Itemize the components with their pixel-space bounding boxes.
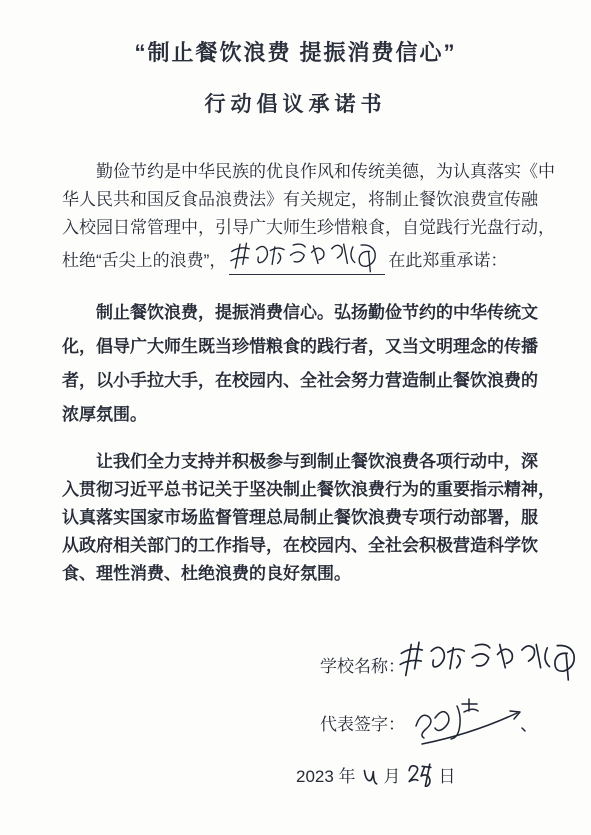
handwriting-scribble — [229, 236, 385, 278]
paragraph-line: 勤俭节约是中华民族的优良作风和传统美德，为认真落实《中 — [62, 158, 536, 186]
paragraph-line: 食、理性消费、杜绝浪费的良好氛围。 — [62, 560, 536, 588]
paragraph-line: 制止餐饮浪费，提振消费信心。弘扬勤俭节约的中华传统文 — [62, 296, 536, 330]
paragraph-line: 者，以小手拉大手，在校园内、全社会努力营造制止餐饮浪费的 — [62, 364, 536, 398]
paragraph-line: 华人民共和国反食品浪费法》有关规定，将制止餐饮浪费宣传融 — [62, 186, 536, 214]
school-name-label: 学校名称： — [320, 652, 405, 677]
handwriting-day-numeral — [407, 763, 433, 787]
scanned-pledge-document: “制止餐饮浪费 提振消费信心” 行动倡议承诺书 勤俭节约是中华民族的优良作风和传… — [0, 0, 591, 835]
handwriting-month-numeral — [362, 765, 378, 785]
handwritten-school-name-inline — [229, 244, 385, 275]
paragraph-line: 从政府相关部门的工作指导，在校园内、全社会积极营造科学饮 — [62, 532, 536, 560]
text-after-blank: 在此郑重承诺： — [388, 251, 507, 270]
paragraph-line: 认真落实国家市场监督管理总局制止餐饮浪费专项行动部署，服 — [62, 504, 536, 532]
handwritten-school-name — [398, 634, 586, 691]
paragraph-intro: 勤俭节约是中华民族的优良作风和传统美德，为认真落实《中 华人民共和国反食品浪费法… — [62, 158, 536, 275]
document-subtitle: 行动倡议承诺书 — [0, 88, 591, 118]
date-month-label: 月 — [384, 762, 401, 787]
date-year: 2023 年 — [296, 762, 356, 787]
date-row: 2023 年 月 日 — [296, 762, 456, 787]
paragraph-line: 入贯彻习近平总书记关于坚决制止餐饮浪费行为的重要指示精神， — [62, 476, 536, 504]
text-before-blank: 杜绝“舌尖上的浪费”， — [62, 251, 226, 270]
paragraph-line: 杜绝“舌尖上的浪费”， 在此郑重承诺： — [62, 244, 536, 275]
representative-signature-row: 代表签字： — [320, 710, 405, 735]
paragraph-commitment: 制止餐饮浪费，提振消费信心。弘扬勤俭节约的中华传统文 化，倡导广大师生既当珍惜粮… — [62, 296, 536, 432]
handwritten-signature — [402, 696, 542, 756]
school-name-row: 学校名称： — [320, 652, 405, 677]
paragraph-line: 浓厚氛围。 — [62, 398, 536, 432]
document-title: “制止餐饮浪费 提振消费信心” — [0, 36, 591, 67]
paragraph-support: 让我们全力支持并积极参与到制止餐饮浪费各项行动中，深 入贯彻习近平总书记关于坚决… — [62, 448, 536, 588]
handwriting-scribble — [398, 634, 586, 686]
paragraph-line: 让我们全力支持并积极参与到制止餐饮浪费各项行动中，深 — [62, 448, 536, 476]
representative-label: 代表签字： — [320, 710, 405, 735]
signature-scribble — [402, 696, 542, 751]
date-day-label: 日 — [439, 762, 456, 787]
handwritten-day — [407, 763, 433, 787]
handwritten-month — [362, 765, 378, 785]
paragraph-line: 化，倡导广大师生既当珍惜粮食的践行者，又当文明理念的传播 — [62, 330, 536, 364]
